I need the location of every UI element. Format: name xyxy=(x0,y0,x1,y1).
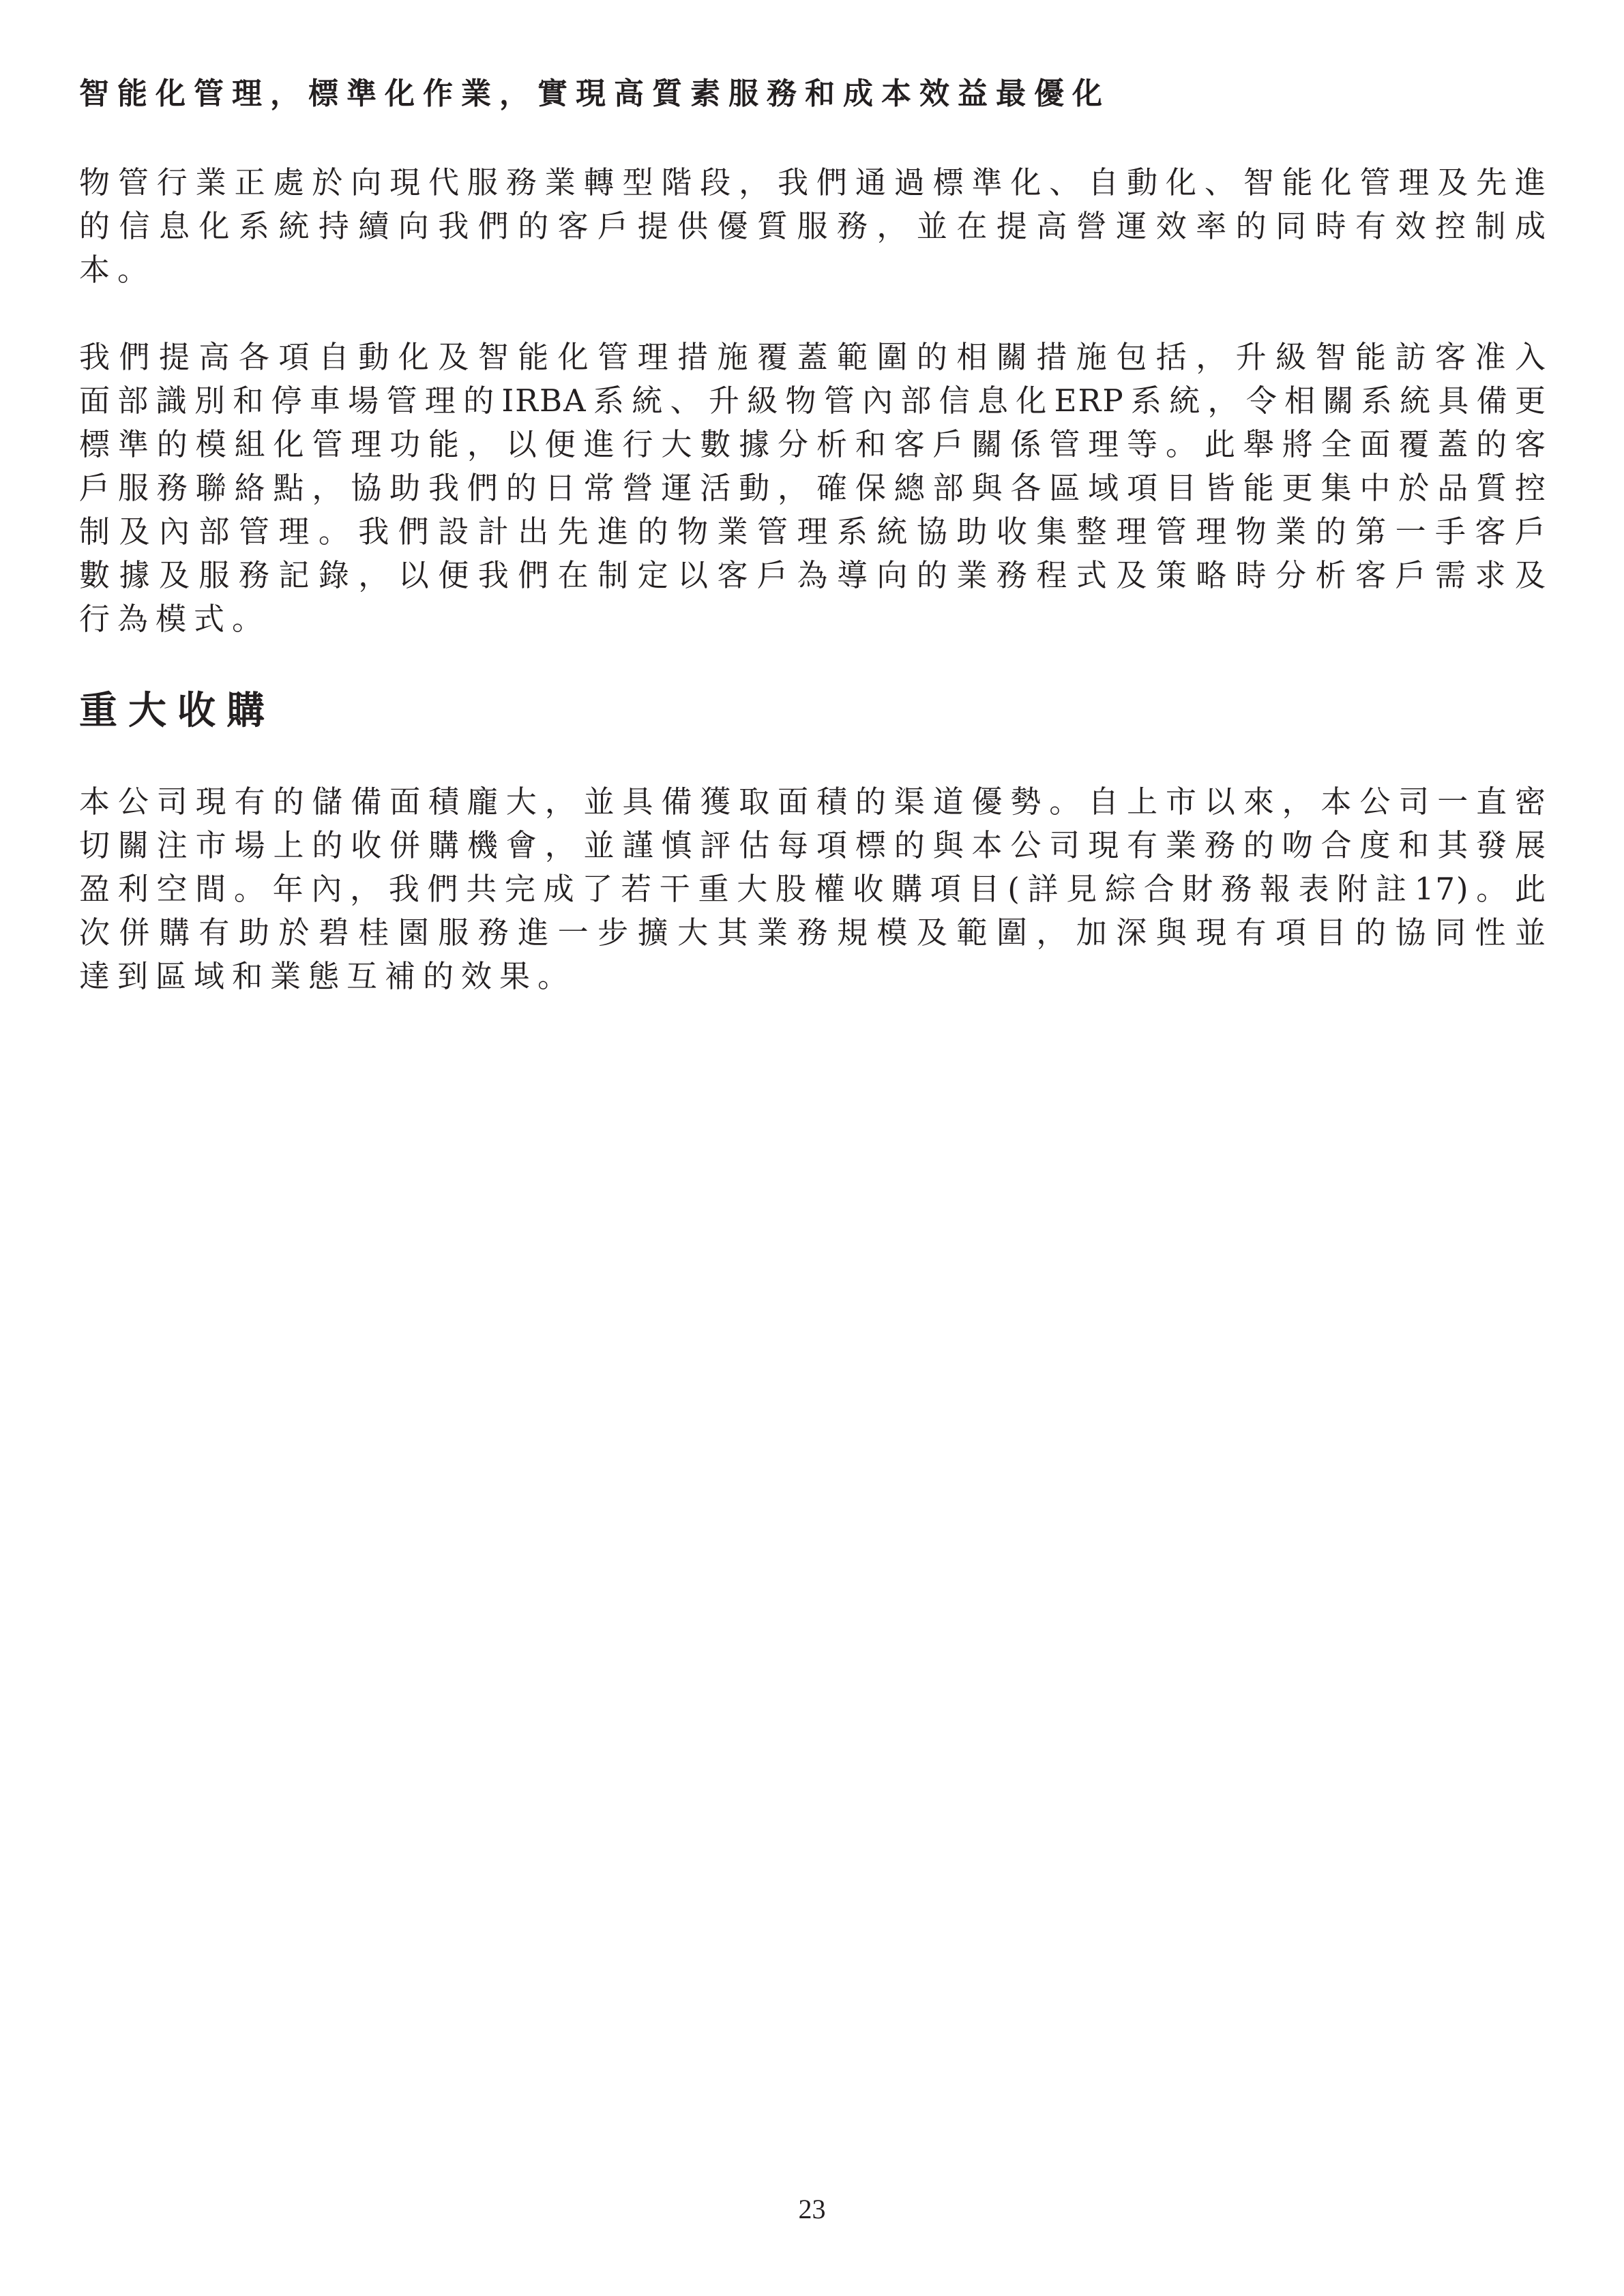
text-line: 切關注市場上的收併購機會，並謹慎評估每項標的與本公司現有業務的吻合度和其發展 xyxy=(79,824,1547,867)
text-line: 制及內部管理。我們設計出先進的物業管理系統協助收集整理管理物業的第一手客戶 xyxy=(79,510,1547,554)
subheading-smart-management: 智能化管理，標準化作業，實現高質素服務和成本效益最優化 xyxy=(79,72,1170,116)
text-line: 次併購有助於碧桂園服務進一步擴大其業務規模及範圍，加深與現有項目的協同性並 xyxy=(79,911,1547,955)
page-number: 23 xyxy=(0,2194,1624,2224)
text-line: 的信息化系統持續向我們的客戶提供優質服務，並在提高營運效率的同時有效控制成 xyxy=(79,205,1547,248)
text-line: 數據及服務記錄，以便我們在制定以客戶為導向的業務程式及策略時分析客戶需求及 xyxy=(79,554,1547,597)
text-line: 標準的模組化管理功能，以便進行大數據分析和客戶關係管理等。此舉將全面覆蓋的客 xyxy=(79,423,1547,466)
paragraph-automation-measures: 我們提高各項自動化及智能化管理措施覆蓋範圍的相關措施包括，升級智能訪客准入 面部… xyxy=(79,336,1547,641)
text-line: 面部識別和停車場管理的IRBA系統、升級物管內部信息化ERP系統，令相關系統具備… xyxy=(79,379,1547,423)
section-heading-major-acquisitions: 重大收購 xyxy=(79,685,276,737)
text-line: 戶服務聯絡點，協助我們的日常營運活動，確保總部與各區域項目皆能更集中於品質控 xyxy=(79,466,1547,510)
text-line: 我們提高各項自動化及智能化管理措施覆蓋範圍的相關措施包括，升級智能訪客准入 xyxy=(79,336,1547,379)
text-line: 本。 xyxy=(79,248,1547,292)
text-line: 達到區域和業態互補的效果。 xyxy=(79,955,1547,998)
paragraph-acquisitions: 本公司現有的儲備面積龐大，並具備獲取面積的渠道優勢。自上市以來，本公司一直密 切… xyxy=(79,780,1547,998)
text-line: 盈利空間。年內，我們共完成了若干重大股權收購項目(詳見綜合財務報表附註17)。此 xyxy=(79,867,1547,911)
text-line: 物管行業正處於向現代服務業轉型階段，我們通過標準化、自動化、智能化管理及先進 xyxy=(79,161,1547,205)
paragraph-industry-transformation: 物管行業正處於向現代服務業轉型階段，我們通過標準化、自動化、智能化管理及先進 的… xyxy=(79,161,1547,292)
text-line: 行為模式。 xyxy=(79,597,1547,641)
text-line: 本公司現有的儲備面積龐大，並具備獲取面積的渠道優勢。自上市以來，本公司一直密 xyxy=(79,780,1547,824)
document-page: 智能化管理，標準化作業，實現高質素服務和成本效益最優化 物管行業正處於向現代服務… xyxy=(0,0,1624,2296)
